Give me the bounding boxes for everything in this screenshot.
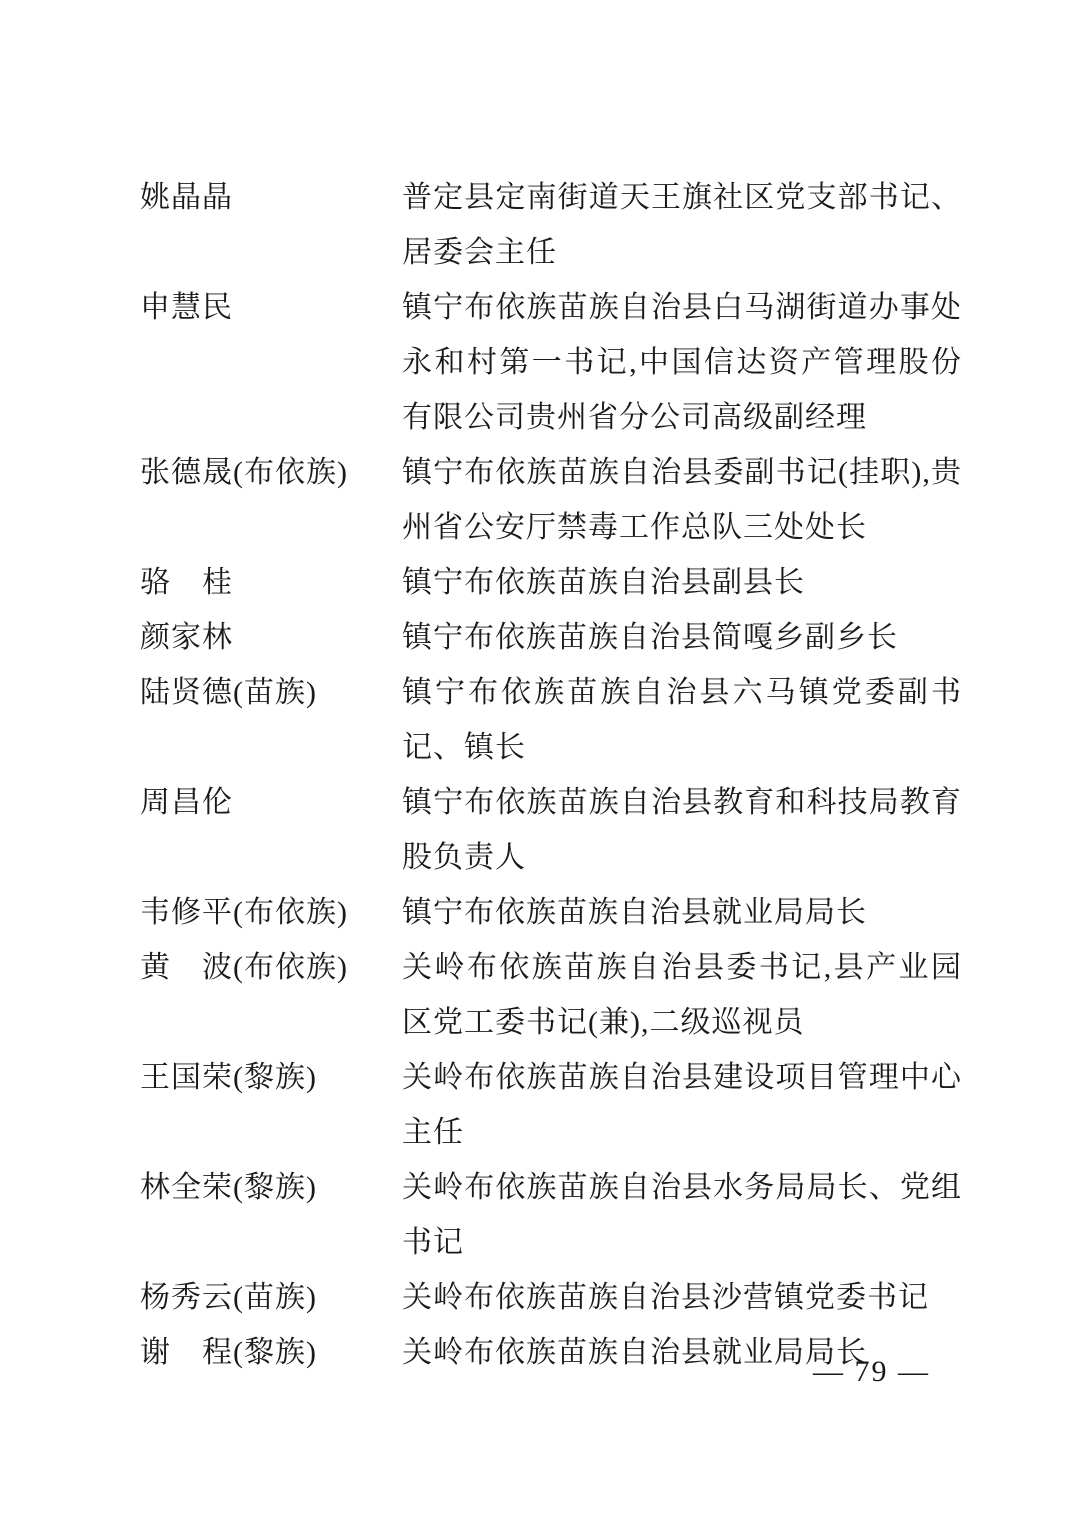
person-position: 关岭布依族苗族自治县建设项目管理中心主任: [402, 1050, 962, 1160]
honoree-list: 姚晶晶 普定县定南街道天王旗社区党支部书记、居委会主任 申慧民 镇宁布依族苗族自…: [140, 170, 962, 1380]
list-item: 张德晟(布依族) 镇宁布依族苗族自治县委副书记(挂职),贵州省公安厅禁毒工作总队…: [140, 445, 962, 555]
person-name: 周昌伦: [140, 775, 402, 830]
person-position: 镇宁布依族苗族自治县教育和科技局教育股负责人: [402, 775, 962, 885]
person-name: 姚晶晶: [140, 170, 402, 225]
list-item: 林全荣(黎族) 关岭布依族苗族自治县水务局局长、党组书记: [140, 1160, 962, 1270]
person-position: 关岭布依族苗族自治县委书记,县产业园区党工委书记(兼),二级巡视员: [402, 940, 962, 1050]
person-name: 陆贤德(苗族): [140, 665, 402, 720]
person-name: 黄 波(布依族): [140, 940, 402, 995]
person-position: 镇宁布依族苗族自治县六马镇党委副书记、镇长: [402, 665, 962, 775]
person-name: 杨秀云(苗族): [140, 1270, 402, 1325]
list-item: 申慧民 镇宁布依族苗族自治县白马湖街道办事处永和村第一书记,中国信达资产管理股份…: [140, 280, 962, 445]
person-position: 镇宁布依族苗族自治县委副书记(挂职),贵州省公安厅禁毒工作总队三处处长: [402, 445, 962, 555]
person-position: 镇宁布依族苗族自治县副县长: [402, 555, 962, 610]
list-item: 黄 波(布依族) 关岭布依族苗族自治县委书记,县产业园区党工委书记(兼),二级巡…: [140, 940, 962, 1050]
person-position: 关岭布依族苗族自治县水务局局长、党组书记: [402, 1160, 962, 1270]
list-item: 姚晶晶 普定县定南街道天王旗社区党支部书记、居委会主任: [140, 170, 962, 280]
list-item: 骆 桂 镇宁布依族苗族自治县副县长: [140, 555, 962, 610]
document-page: 姚晶晶 普定县定南街道天王旗社区党支部书记、居委会主任 申慧民 镇宁布依族苗族自…: [0, 0, 1080, 1527]
list-item: 颜家林 镇宁布依族苗族自治县简嘎乡副乡长: [140, 610, 962, 665]
list-item: 周昌伦 镇宁布依族苗族自治县教育和科技局教育股负责人: [140, 775, 962, 885]
person-position: 镇宁布依族苗族自治县简嘎乡副乡长: [402, 610, 962, 665]
person-name: 韦修平(布依族): [140, 885, 402, 940]
list-item: 韦修平(布依族) 镇宁布依族苗族自治县就业局局长: [140, 885, 962, 940]
person-name: 骆 桂: [140, 555, 402, 610]
list-item: 陆贤德(苗族) 镇宁布依族苗族自治县六马镇党委副书记、镇长: [140, 665, 962, 775]
person-position: 关岭布依族苗族自治县沙营镇党委书记: [402, 1270, 962, 1325]
person-position: 普定县定南街道天王旗社区党支部书记、居委会主任: [402, 170, 962, 280]
person-name: 申慧民: [140, 280, 402, 335]
person-name: 谢 程(黎族): [140, 1325, 402, 1380]
person-position: 镇宁布依族苗族自治县就业局局长: [402, 885, 962, 940]
person-name: 张德晟(布依族): [140, 445, 402, 500]
list-item: 杨秀云(苗族) 关岭布依族苗族自治县沙营镇党委书记: [140, 1270, 962, 1325]
page-number: — 79 —: [813, 1352, 930, 1392]
person-position: 镇宁布依族苗族自治县白马湖街道办事处永和村第一书记,中国信达资产管理股份有限公司…: [402, 280, 962, 445]
person-name: 颜家林: [140, 610, 402, 665]
person-name: 王国荣(黎族): [140, 1050, 402, 1105]
person-name: 林全荣(黎族): [140, 1160, 402, 1215]
list-item: 王国荣(黎族) 关岭布依族苗族自治县建设项目管理中心主任: [140, 1050, 962, 1160]
